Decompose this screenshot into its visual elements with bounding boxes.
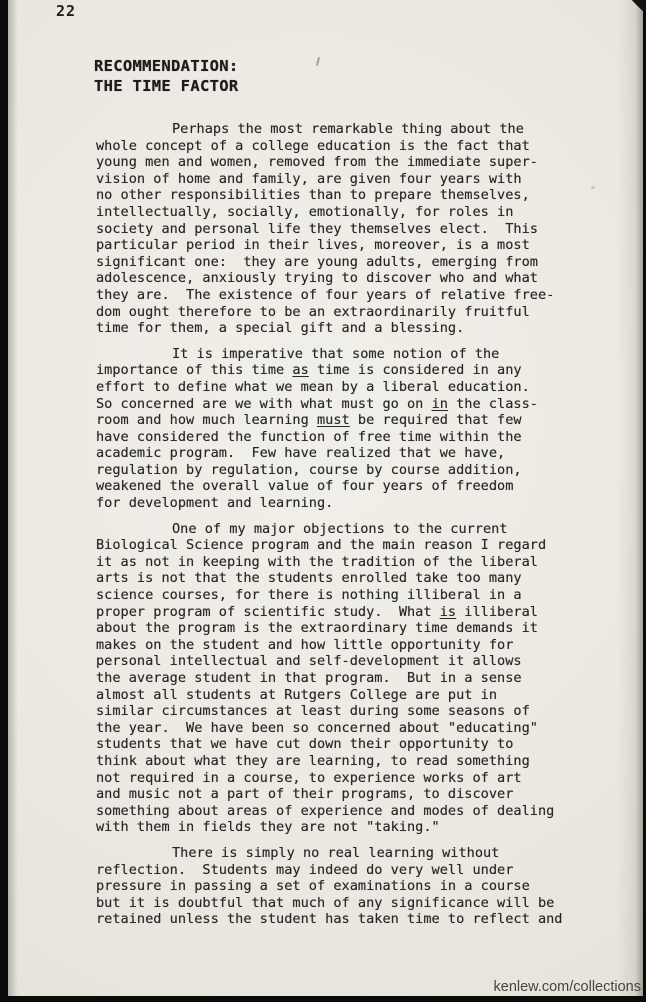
heading-line-1: RECOMMENDATION:: [94, 57, 238, 75]
paragraph: It is imperative that some notion of the…: [96, 346, 616, 512]
page-body: Perhaps the most remarkable thing about …: [96, 121, 616, 937]
text-line: it as not in keeping with the tradition …: [96, 554, 616, 571]
text-line: Perhaps the most remarkable thing about …: [96, 121, 616, 138]
text-line: intellectually, socially, emotionally, f…: [96, 204, 616, 221]
text-line: they are. The existence of four years of…: [96, 287, 616, 304]
text-line: vision of home and family, are given fou…: [96, 171, 616, 188]
text-line: significant one: they are young adults, …: [96, 254, 616, 271]
text-line: retained unless the student has taken ti…: [96, 911, 616, 928]
text-line: So concerned are we with what must go on…: [96, 396, 616, 413]
scan-speck: [316, 57, 320, 66]
text-line: It is imperative that some notion of the: [96, 346, 616, 363]
text-line: society and personal life they themselve…: [96, 221, 616, 238]
text-line: effort to define what we mean by a liber…: [96, 379, 616, 396]
paragraph: Perhaps the most remarkable thing about …: [96, 121, 616, 337]
text-line: weakened the overall value of four years…: [96, 478, 616, 495]
text-line: arts is not that the students enrolled t…: [96, 570, 616, 587]
heading-line-2: THE TIME FACTOR: [94, 77, 238, 95]
text-line: young men and women, removed from the im…: [96, 154, 616, 171]
text-line: dom ought therefore to be an extraordina…: [96, 304, 616, 321]
scan-corner-notch: [632, 0, 646, 11]
text-line: something about areas of experience and …: [96, 803, 616, 820]
underlined-word: as: [292, 362, 308, 378]
text-line: the average student in that program. But…: [96, 670, 616, 687]
text-line: about the program is the extraordinary t…: [96, 620, 616, 637]
text-line: adolescence, anxiously trying to discove…: [96, 270, 616, 287]
text-line: importance of this time as time is consi…: [96, 362, 616, 379]
text-line: proper program of scientific study. What…: [96, 604, 616, 621]
text-line: science courses, for there is nothing il…: [96, 587, 616, 604]
underlined-word: must: [317, 412, 350, 428]
text-line: particular period in their lives, moreov…: [96, 237, 616, 254]
text-line: but it is doubtful that much of any sign…: [96, 895, 616, 912]
text-line: and music not a part of their programs, …: [96, 786, 616, 803]
text-line: makes on the student and how little oppo…: [96, 637, 616, 654]
text-line: not required in a course, to experience …: [96, 770, 616, 787]
section-heading: RECOMMENDATION:THE TIME FACTOR: [94, 56, 238, 96]
text-line: have considered the function of free tim…: [96, 429, 616, 446]
text-line: for development and learning.: [96, 495, 616, 512]
text-line: room and how much learning must be requi…: [96, 412, 616, 429]
page-right-shadow: [617, 0, 643, 996]
text-line: pressure in passing a set of examination…: [96, 878, 616, 895]
text-line: with them in fields they are not "taking…: [96, 819, 616, 836]
underlined-word: is: [440, 604, 456, 620]
watermark-text: kenlew.com/collections: [494, 979, 642, 995]
text-line: academic program. Few have realized that…: [96, 445, 616, 462]
text-line: One of my major objections to the curren…: [96, 521, 616, 538]
text-line: similar circumstances at least during so…: [96, 703, 616, 720]
text-line: think about what they are learning, to r…: [96, 753, 616, 770]
text-line: There is simply no real learning without: [96, 845, 616, 862]
text-line: the year. We have been so concerned abou…: [96, 720, 616, 737]
text-line: regulation by regulation, course by cour…: [96, 462, 616, 479]
page-left-shadow: [8, 0, 18, 996]
text-line: time for them, a special gift and a bles…: [96, 320, 616, 337]
text-line: Biological Science program and the main …: [96, 537, 616, 554]
paragraph: One of my major objections to the curren…: [96, 521, 616, 836]
scan-speck: [591, 186, 595, 189]
scanned-page: 22 RECOMMENDATION:THE TIME FACTOR Perhap…: [8, 0, 643, 996]
paragraph: There is simply no real learning without…: [96, 845, 616, 928]
text-line: whole concept of a college education is …: [96, 138, 616, 155]
text-line: students that we have cut down their opp…: [96, 736, 616, 753]
text-line: personal intellectual and self-developme…: [96, 653, 616, 670]
text-line: almost all students at Rutgers College a…: [96, 687, 616, 704]
text-line: reflection. Students may indeed do very …: [96, 862, 616, 879]
page-number: 22: [56, 2, 76, 20]
text-line: no other responsibilities than to prepar…: [96, 187, 616, 204]
underlined-word: in: [432, 396, 448, 412]
